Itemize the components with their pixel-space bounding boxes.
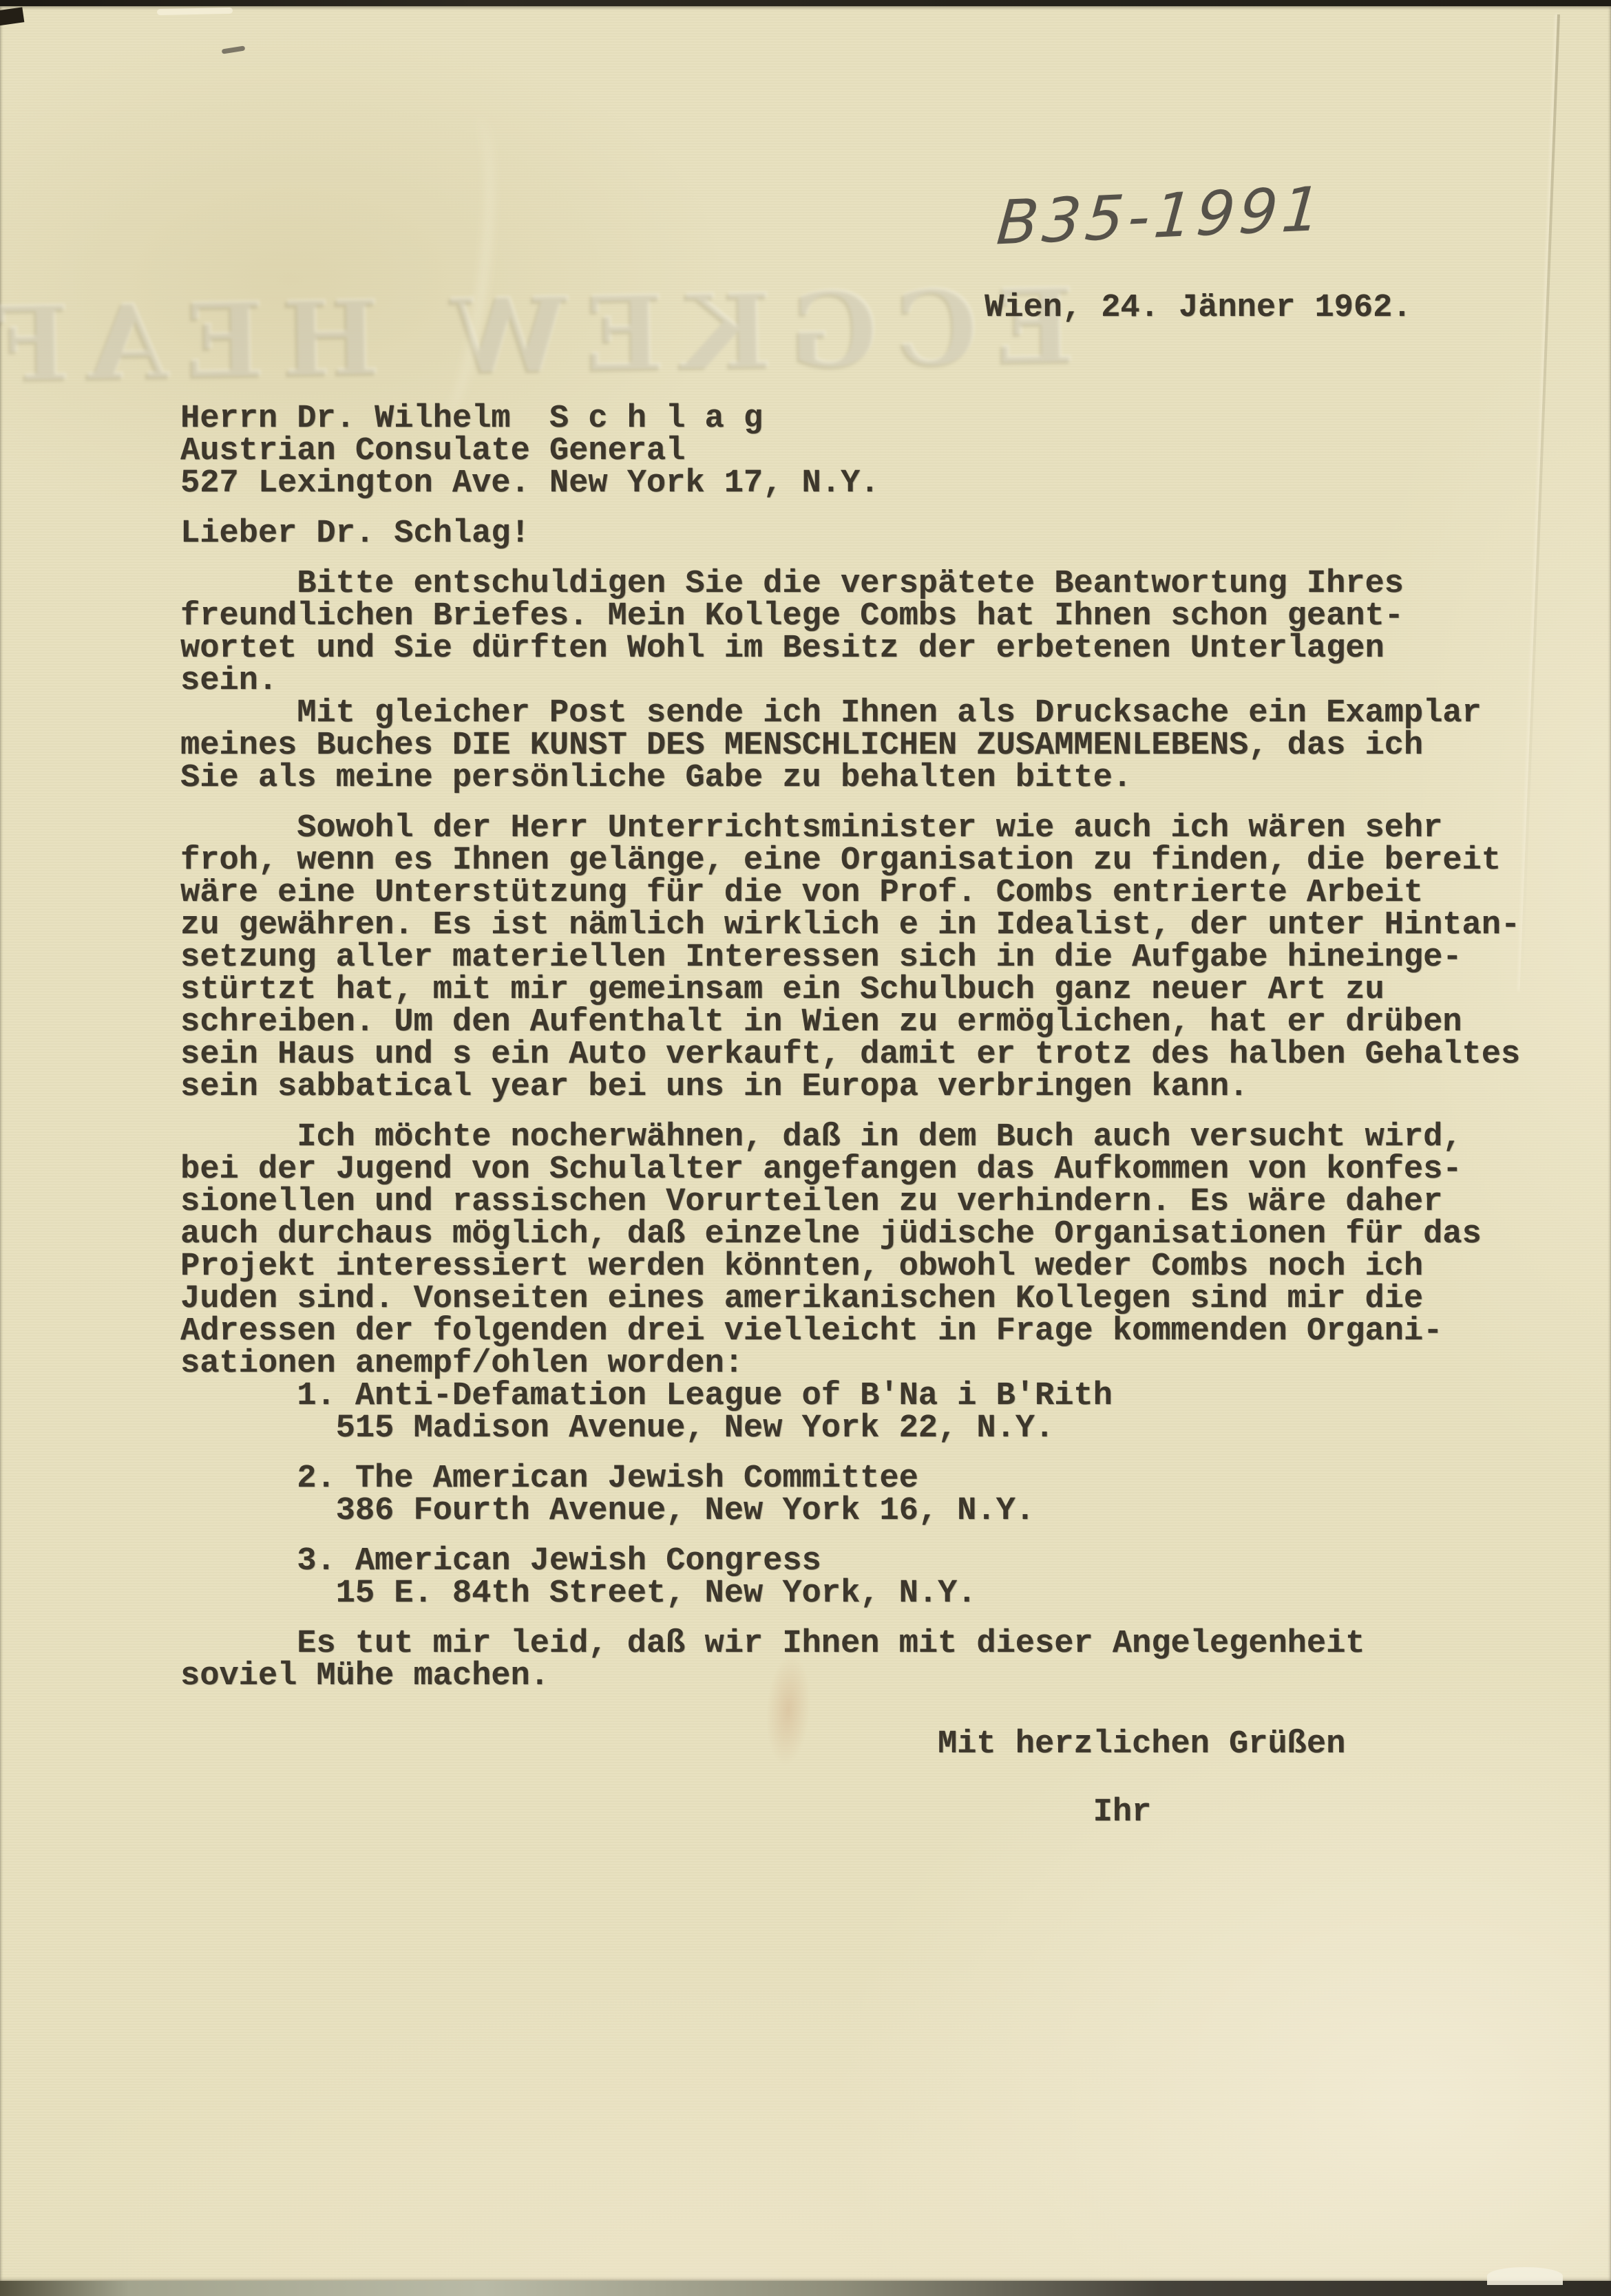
letter-line: sein Haus und s ein Auto verkauft, damit… xyxy=(180,1039,1564,1071)
letter-line: 2. The American Jewish Committee xyxy=(180,1463,1564,1495)
letter-line: Sie als meine persönliche Gabe zu behalt… xyxy=(180,762,1564,794)
paper-edge-highlight xyxy=(157,8,233,15)
letter-line: Herrn Dr. Wilhelm S c h l a g xyxy=(180,403,1564,435)
scanned-letter-page: ECGKEW HEAFOGEF B35-1991 Wien, 24. Jänne… xyxy=(0,0,1611,2296)
letter-line: auch durchaus möglich, daß einzelne jüdi… xyxy=(180,1218,1564,1251)
letter-line: freundlichen Briefes. Mein Kollege Combs… xyxy=(180,600,1564,633)
letter-line: Adressen der folgenden drei vielleicht i… xyxy=(180,1315,1564,1348)
letter-line: 386 Fourth Avenue, New York 16, N.Y. xyxy=(180,1495,1564,1527)
letter-line: setzung aller materiellen Interessen sic… xyxy=(180,942,1564,974)
letter-line: Austrian Consulate General xyxy=(180,435,1564,467)
pencil-dash-mark xyxy=(222,45,246,54)
letter-line: stürtzt hat, mit mir gemeinsam ein Schul… xyxy=(180,974,1564,1006)
letter-line: 15 E. 84th Street, New York, N.Y. xyxy=(180,1577,1564,1610)
letter-body: Herrn Dr. Wilhelm S c h l a gAustrian Co… xyxy=(180,403,1564,1829)
letter-line: wortet und Sie dürften Wohl im Besitz de… xyxy=(180,633,1564,665)
letter-line: froh, wenn es Ihnen gelänge, eine Organi… xyxy=(180,844,1564,877)
blank-line xyxy=(180,1692,1564,1710)
letter-line: Juden sind. Vonseiten eines amerikanisch… xyxy=(180,1283,1564,1315)
letter-line: zu gewähren. Es ist nämlich wirklich e i… xyxy=(180,909,1564,942)
letter-line: meines Buches DIE KUNST DES MENSCHLICHEN… xyxy=(180,730,1564,762)
letter-line: sationen anempf/ohlen worden: xyxy=(180,1348,1564,1380)
letter-line: sein sabbatical year bei uns in Europa v… xyxy=(180,1071,1564,1103)
letter-line: soviel Mühe machen. xyxy=(180,1660,1564,1692)
letter-line: wäre eine Unterstützung für die von Prof… xyxy=(180,877,1564,909)
letter-line: 1. Anti-Defamation League of B'Na i B'Ri… xyxy=(180,1380,1564,1412)
corner-shadow xyxy=(0,7,24,25)
archive-annotation-handwritten: B35-1991 xyxy=(994,173,1327,258)
letter-line: bei der Jugend von Schulalter angefangen… xyxy=(180,1154,1564,1186)
letter-line: 3. American Jewish Congress xyxy=(180,1545,1564,1577)
letter-line: 527 Lexington Ave. New York 17, N.Y. xyxy=(180,467,1564,500)
letter-line: Bitte entschuldigen Sie die verspätete B… xyxy=(180,568,1564,600)
letter-line: 515 Madison Avenue, New York 22, N.Y. xyxy=(180,1412,1564,1445)
letter-line: Ihr xyxy=(180,1796,1564,1829)
letter-line: Es tut mir leid, daß wir Ihnen mit diese… xyxy=(180,1628,1564,1660)
date-line: Wien, 24. Jänner 1962. xyxy=(984,292,1412,324)
letter-line: Sowohl der Herr Unterrichtsminister wie … xyxy=(180,812,1564,844)
paper-notch-bottom-right xyxy=(1487,2267,1563,2285)
letter-line: schreiben. Um den Aufenthalt in Wien zu … xyxy=(180,1006,1564,1039)
letter-line: Projekt interessiert werden könnten, obw… xyxy=(180,1251,1564,1283)
letter-line: sein. xyxy=(180,665,1564,697)
letter-line: Ich möchte nocherwähnen, daß in dem Buch… xyxy=(180,1121,1564,1154)
letter-line: sionellen und rassischen Vorurteilen zu … xyxy=(180,1186,1564,1218)
blank-line xyxy=(180,1761,1564,1778)
bleedthrough-letterhead: ECGKEW HEAFOGEF xyxy=(0,266,1075,407)
letter-line: Mit herzlichen Grüßen xyxy=(180,1728,1564,1761)
letter-line: Mit gleicher Post sende ich Ihnen als Dr… xyxy=(180,697,1564,730)
letter-line: Lieber Dr. Schlag! xyxy=(180,518,1564,550)
